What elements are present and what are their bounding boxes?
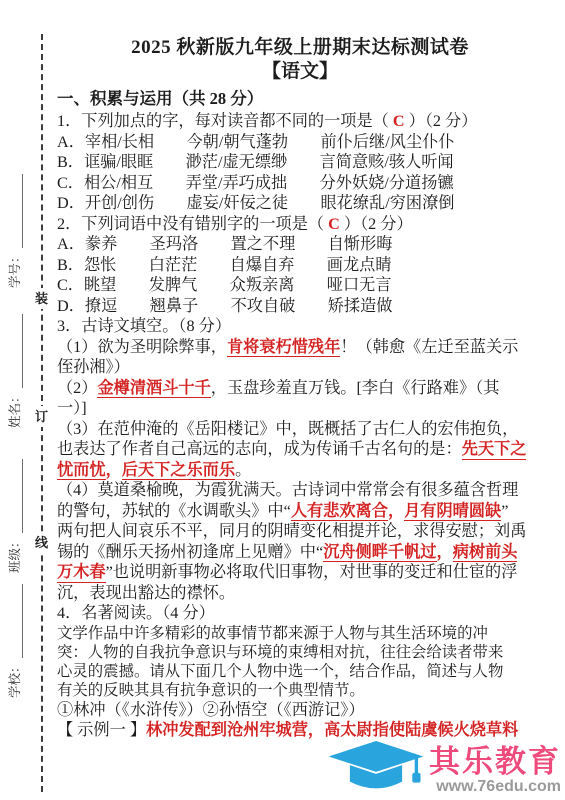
text-line: 有关的反映其具有抗争意识的一个典型情节。: [57, 681, 543, 700]
answer-text: 后天下之乐而乐: [122, 461, 235, 481]
answer-text: ，: [106, 461, 122, 479]
text-line: B．诓骗/眼眶 渺茫/虚无缥缈 言简意赅/骇人听闻: [57, 152, 543, 173]
answer-text: 月有阴晴圆缺: [404, 502, 501, 522]
question-text: ①林冲（《水浒传》）②孙悟空（《西游记》）: [57, 701, 365, 719]
question-text: 文学作品中许多精彩的故事情节都来源于人物与其生活环境的冲: [57, 625, 488, 642]
question-text: （2）: [57, 379, 97, 397]
question-text: A．宰相/长相 今朝/朝气蓬勃 前仆后继/风尘仆仆: [57, 133, 455, 151]
question-text: （3）在范仲淹的《岳阳楼记》中，既概括了古仁人的宏伟抱负，: [57, 420, 518, 438]
question-text: 有关的反映其具有抗争意识的一个典型情节。: [57, 682, 365, 699]
answer-text: C: [328, 215, 340, 233]
text-line: （4）莫道桑榆晚，为霞犹满天。古诗词中常常会有很多蕴含哲理: [57, 480, 543, 501]
text-line: 3．古诗文填空。（8 分）: [57, 316, 543, 337]
answer-text: 人有悲欢离合: [291, 502, 388, 522]
answer-text: 忧而忧: [57, 461, 106, 481]
text-line: （1）欲为圣明除弊事，肯将衰朽惜残年！（韩愈《左迁至蓝关示: [57, 337, 543, 358]
blank-line: [10, 584, 23, 658]
question-text: （1）欲为圣明除弊事，: [57, 338, 227, 356]
student-info-field: 姓名：: [5, 296, 23, 428]
text-line: B．怨怅 白茫茫 自爆自弃 画龙点睛: [57, 255, 543, 276]
answer-text: 病树前头: [453, 543, 518, 563]
blank-line: [10, 314, 23, 388]
question-text: （4）莫道桑榆晚，为霞犹满天。古诗词中常常会有很多蕴含哲理: [57, 481, 518, 499]
question-text: 3．古诗文填空。（8 分）: [57, 317, 231, 335]
question-text: B．怨怅 白茫茫 自爆自弃 画龙点睛: [57, 256, 392, 274]
question-text: D．开创/创伤 虚妄/奸佞之徒 眼花缭乱/穷困潦倒: [57, 194, 455, 212]
question-text: ）（2 分）: [340, 215, 413, 233]
text-line: 4．名著阅读。（4 分）: [57, 603, 543, 624]
question-text: C．眺望 发脾气 众叛亲离 哑口无言: [57, 276, 392, 294]
field-label: 学号：: [5, 250, 23, 288]
answer-text: 先天下之: [462, 440, 527, 460]
answer-text: ，: [437, 543, 453, 561]
text-line: 锡的《酬乐天扬州初逢席上见赠》中“沉舟侧畔千帆过，病树前头: [57, 542, 543, 563]
student-info-field: 班级：: [5, 441, 23, 573]
section-heading: 一、积累与运用（共 28 分）: [57, 88, 543, 109]
question-text: 心灵的震撼。请从下面几个人物中选一个，结合作品，简述与人物: [57, 663, 503, 680]
student-info-field: 学校：: [5, 566, 23, 698]
answer-text: C: [393, 112, 405, 130]
graduation-cap-icon: [327, 740, 425, 800]
exam-content: 2025 秋新版九年级上册期末达标测试卷 【语文】 一、积累与运用（共 28 分…: [57, 36, 543, 741]
text-line: D．开创/创伤 虚妄/奸佞之徒 眼花缭乱/穷困潦倒: [57, 193, 543, 214]
question-text: 的警句，苏轼的《水调歌头》中“: [57, 502, 291, 520]
question-text: ，玉盘珍羞直万钱。[李白《行路难》（其: [211, 379, 500, 397]
question-text: ！（韩愈《左迁至蓝关示: [340, 338, 518, 356]
question-text: 两句把人间哀乐不平，同月的阴晴变化相提并论，求得安慰；刘禹: [57, 522, 526, 540]
brand-logo[interactable]: 其乐教育 www.76edu.com: [327, 740, 561, 800]
question-text: 突：人物的自我抗争意识与环境的束缚相对抗，往往会给读者带来: [57, 644, 503, 661]
text-line: 一）]: [57, 398, 543, 419]
question-text: 4．名著阅读。（4 分）: [57, 604, 215, 622]
text-line: 万木春”也说明新事物必将取代旧事物，对世事的变迁和仕宦的浮: [57, 562, 543, 583]
text-line: 文学作品中许多精彩的故事情节都来源于人物与其生活环境的冲: [57, 624, 543, 643]
question-text: D．撩逗 翘鼻子 不攻自破 矫揉造做: [57, 297, 392, 315]
text-line: 两句把人间哀乐不平，同月的阴晴变化相提并论，求得安慰；刘禹: [57, 521, 543, 542]
question-text: 一）]: [57, 399, 87, 417]
exam-subject: 【语文】: [57, 60, 543, 84]
binding-char: 订: [35, 406, 48, 427]
text-line: 突：人物的自我抗争意识与环境的束缚相对抗，往往会给读者带来: [57, 643, 543, 662]
answer-text: 肯将衰朽惜残年: [227, 338, 340, 358]
brand-website: www.76edu.com: [436, 778, 561, 795]
text-line: 忧而忧，后天下之乐而乐。: [57, 460, 543, 481]
student-info-field: 学号：: [5, 156, 23, 288]
exam-title: 2025 秋新版九年级上册期末达标测试卷: [57, 36, 543, 60]
field-label: 学校：: [5, 660, 23, 698]
text-line: C．相公/相互 弄堂/弄巧成拙 分外妖娆/分道扬镳: [57, 173, 543, 194]
text-line: 沉，表现出豁达的襟怀。: [57, 583, 543, 604]
text-line: C．眺望 发脾气 众叛亲离 哑口无言: [57, 275, 543, 296]
text-line: ①林冲（《水浒传》）②孙悟空（《西游记》）: [57, 700, 543, 721]
text-line: （3）在范仲淹的《岳阳楼记》中，既概括了古仁人的宏伟抱负，: [57, 419, 543, 440]
question-text: B．诓骗/眼眶 渺茫/虚无缥缈 言简意赅/骇人听闻: [57, 153, 454, 171]
question-text: 锡的《酬乐天扬州初逢席上见赠》中“: [57, 543, 323, 561]
text-line: 1．下列加点的字，每对读音都不同的一项是（ C ）（2 分）: [57, 111, 543, 132]
text-line: 【 示例一 】林冲发配到沧州牢城营，高太尉指使陆虞候火烧草料: [57, 720, 543, 741]
brand-text: 其乐教育 www.76edu.com: [429, 746, 561, 795]
text-line: 2．下列词语中没有错别字的一项是（ C ）（2 分）: [57, 214, 543, 235]
question-text: 。: [235, 461, 251, 479]
text-line: A．宰相/长相 今朝/朝气蓬勃 前仆后继/风尘仆仆: [57, 132, 543, 153]
field-label: 姓名：: [5, 390, 23, 428]
brand-name: 其乐教育: [429, 746, 561, 778]
text-line: 侄孙湘》）: [57, 357, 543, 378]
question-text: 1．下列加点的字，每对读音都不同的一项是（: [57, 112, 393, 130]
question-text: ）（2 分）: [405, 112, 478, 130]
text-line: 的警句，苏轼的《水调歌头》中“人有悲欢离合，月有阴晴圆缺”: [57, 501, 543, 522]
question-text: 沉，表现出豁达的襟怀。: [57, 584, 235, 602]
answer-text: 林冲发配到沧州牢城营，高太尉指使陆虞候火烧草料: [146, 721, 518, 739]
text-line: A．豢养 圣玛洛 置之不理 自惭形晦: [57, 234, 543, 255]
question-text: ”也说明新事物必将取代旧事物，对世事的变迁和仕宦的浮: [106, 563, 518, 581]
blank-line: [10, 459, 23, 533]
text-line: 心灵的震撼。请从下面几个人物中选一个，结合作品，简述与人物: [57, 662, 543, 681]
question-text: 也表达了作者自己高远的志向，成为传诵千古名句的是：: [57, 440, 462, 458]
blank-line: [10, 174, 23, 248]
question-text: 【 示例一 】: [57, 721, 146, 739]
text-line: D．撩逗 翘鼻子 不攻自破 矫揉造做: [57, 296, 543, 317]
exam-body: 1．下列加点的字，每对读音都不同的一项是（ C ）（2 分）A．宰相/长相 今朝…: [57, 111, 543, 741]
question-text: 侄孙湘》）: [57, 358, 130, 376]
text-line: （2）金樽清酒斗十千，玉盘珍羞直万钱。[李白《行路难》（其: [57, 378, 543, 399]
exam-page: 学号：姓名：班级：学校： 装订线 2025 秋新版九年级上册期末达标测试卷 【语…: [0, 0, 565, 800]
binding-char: 线: [35, 532, 48, 553]
answer-text: ，: [388, 502, 404, 520]
question-text: 2．下列词语中没有错别字的一项是（: [57, 215, 328, 233]
answer-text: 沉舟侧畔千帆过: [323, 543, 436, 563]
question-text: A．豢养 圣玛洛 置之不理 自惭形晦: [57, 235, 392, 253]
question-text: C．相公/相互 弄堂/弄巧成拙 分外妖娆/分道扬镳: [57, 174, 454, 192]
text-line: 也表达了作者自己高远的志向，成为传诵千古名句的是：先天下之: [57, 439, 543, 460]
binding-line: 装订线: [41, 34, 43, 792]
answer-text: 金樽清酒斗十千: [97, 379, 210, 399]
answer-text: 万木春: [57, 563, 106, 583]
binding-char: 装: [35, 288, 48, 309]
question-text: ”: [501, 502, 508, 520]
